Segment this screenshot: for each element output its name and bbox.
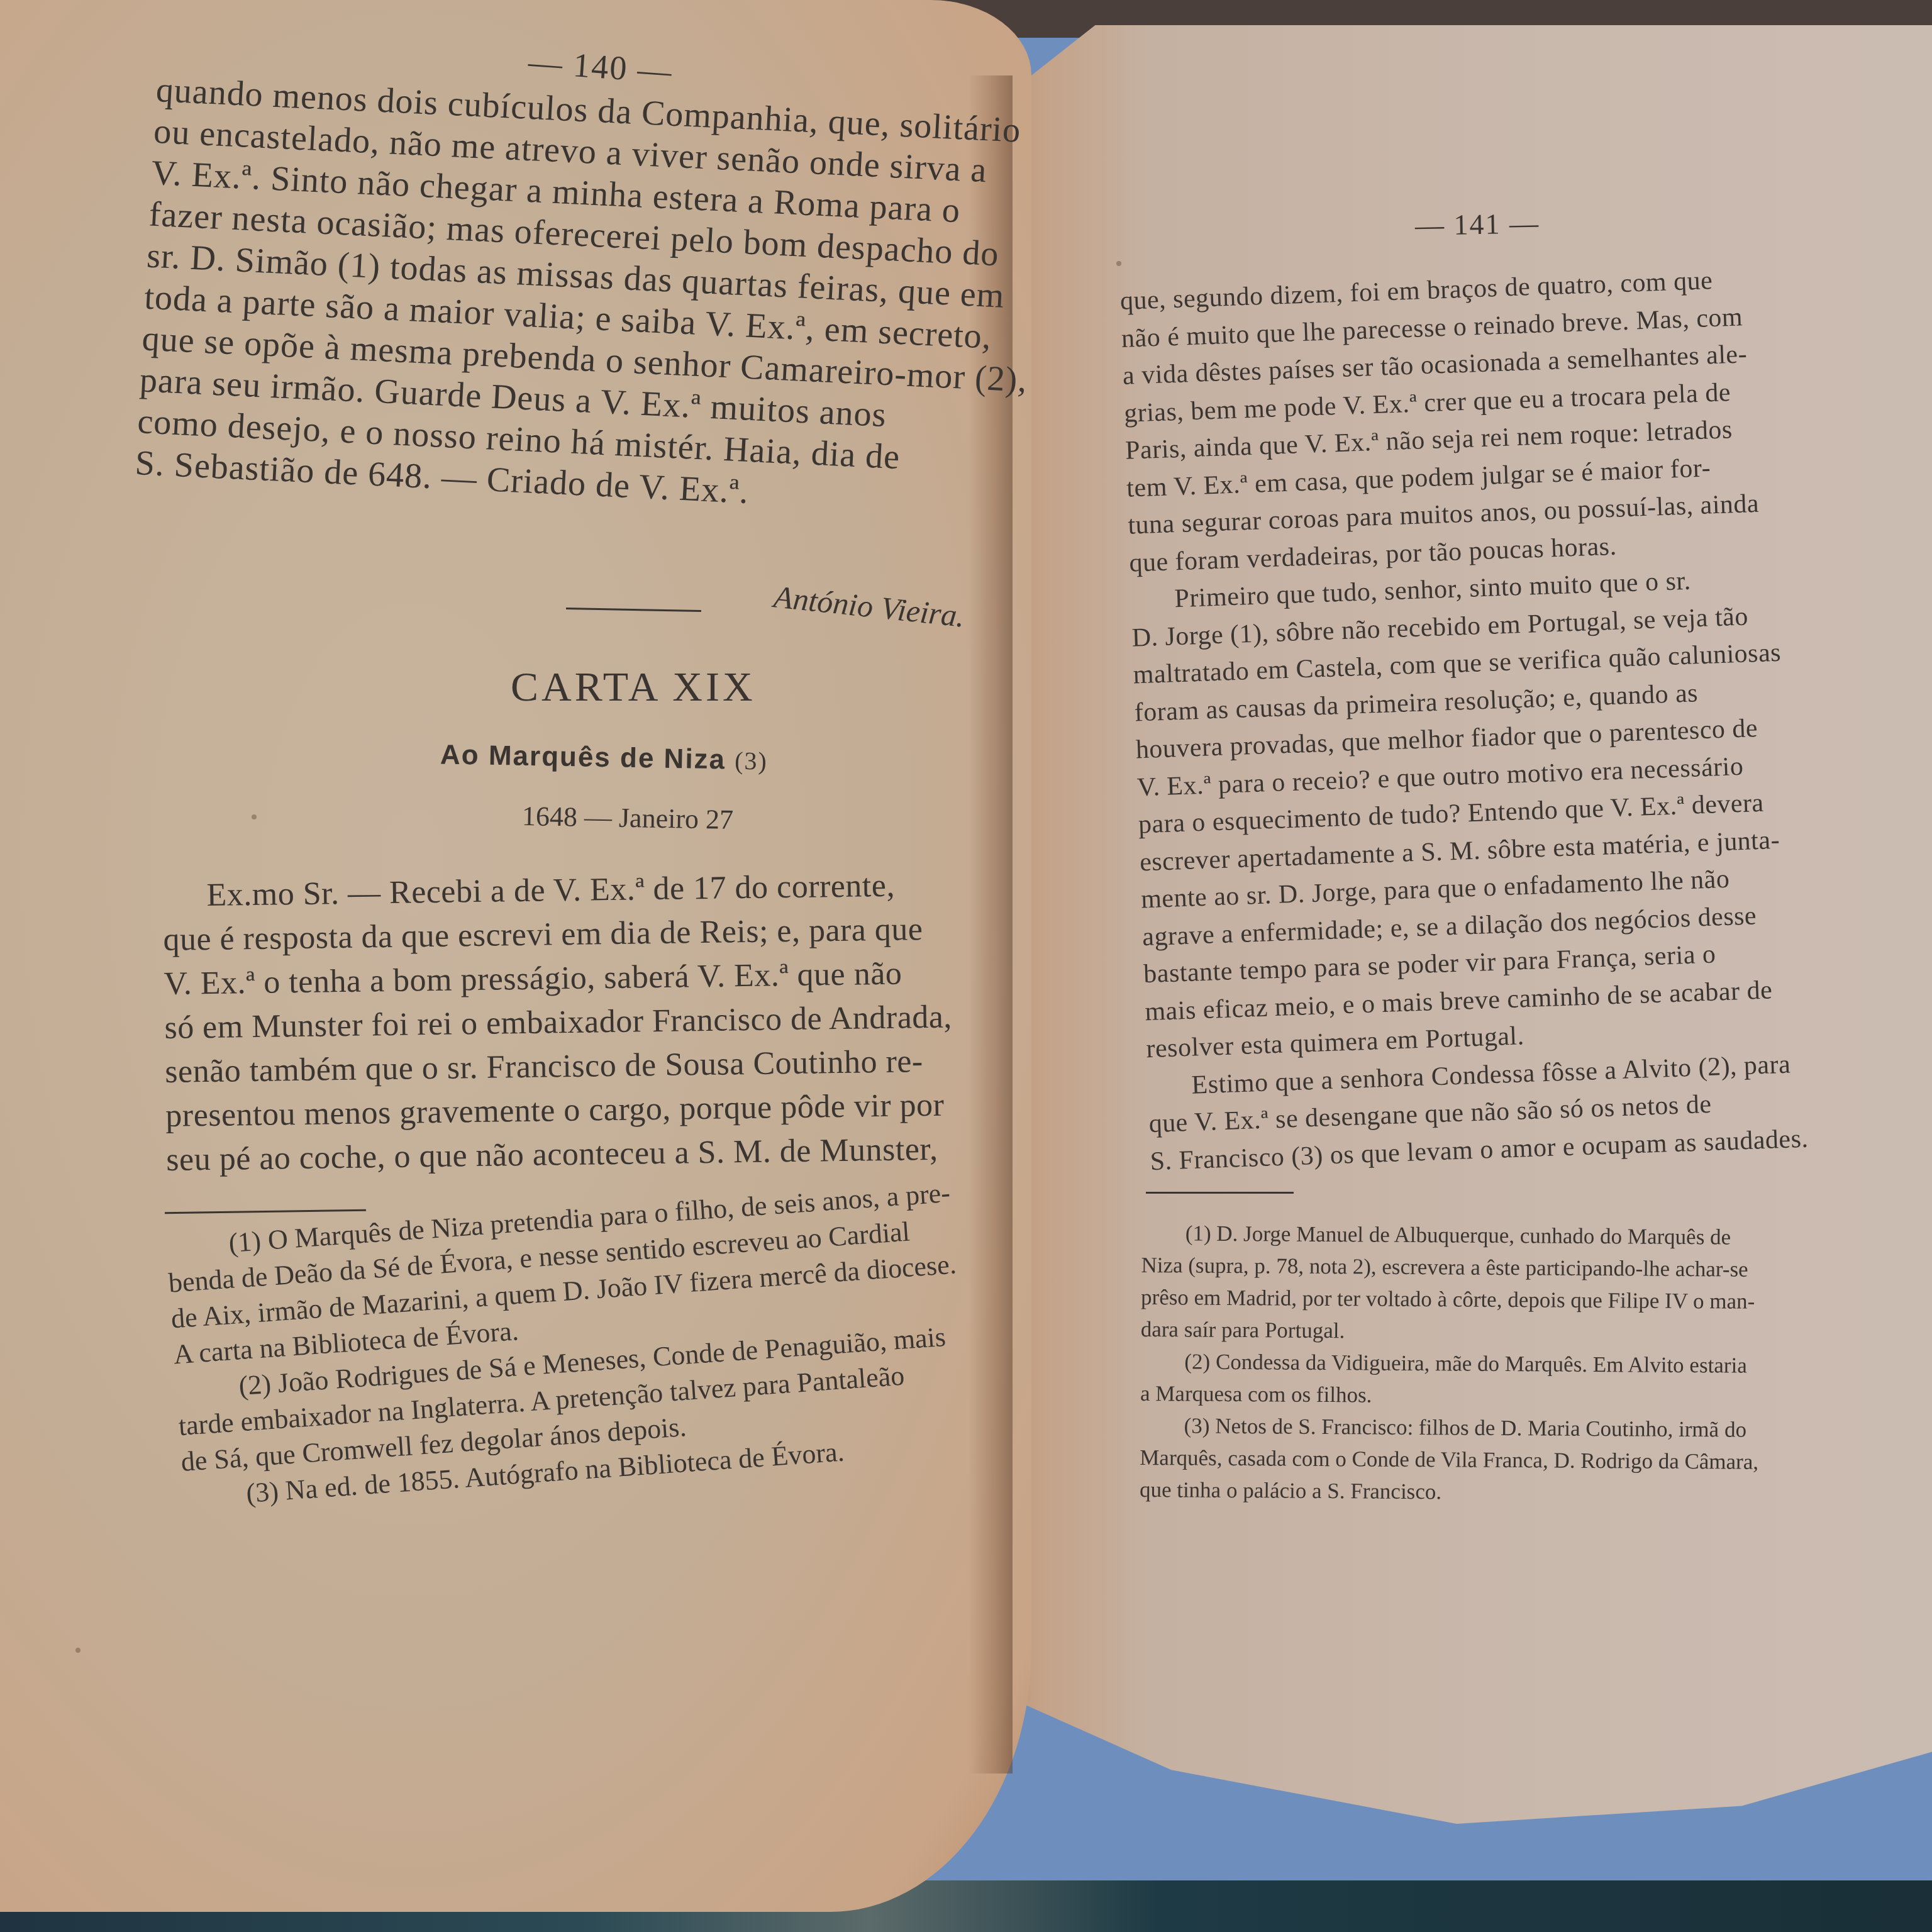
footnote-line: a Marquesa com os filhos. xyxy=(1140,1377,1759,1414)
footnote-ref: (3) xyxy=(735,747,768,775)
letter-body-text: Ex.mo Sr. — Recebi a de V. Ex.ª de 17 do… xyxy=(162,863,954,1182)
footnote-line: que tinha o palácio a S. Francisco. xyxy=(1140,1474,1758,1510)
footnote-line: (1) D. Jorge Manuel de Albuquerque, cunh… xyxy=(1141,1217,1760,1253)
paper-speck xyxy=(75,1648,80,1653)
paper-speck xyxy=(1116,261,1121,266)
left-footnotes: (1) O Marquês de Niza pretendia para o f… xyxy=(165,1175,970,1516)
page-number-right: — 141 — xyxy=(1415,206,1540,241)
paper-speck xyxy=(252,814,257,819)
footnote-rule xyxy=(1146,1192,1294,1194)
letter-date: 1648 — Janeiro 27 xyxy=(522,800,734,836)
right-body-text: que, segundo dizem, foi em braços de qua… xyxy=(1119,260,1809,1180)
recipient-name: Ao Marquês de Niza xyxy=(440,739,726,775)
letter-recipient: Ao Marquês de Niza (3) xyxy=(440,739,769,776)
footnote-line: prêso em Madrid, por ter voltado à côrte… xyxy=(1141,1281,1760,1318)
footnote-line: (3) Netos de S. Francisco: filhos de D. … xyxy=(1140,1409,1759,1446)
footnote-line: dara saír para Portugal. xyxy=(1141,1313,1760,1350)
left-continuation-text: quando menos dois cubículos da Companhia… xyxy=(134,69,961,521)
footnote-line: (2) Condessa da Vidigueira, mãe do Marqu… xyxy=(1140,1345,1759,1382)
right-footnotes: (1) D. Jorge Manuel de Albuquerque, cunh… xyxy=(1140,1217,1760,1510)
footnote-line: Niza (supra, p. 78, nota 2), escrevera a… xyxy=(1141,1249,1760,1285)
letter-title: CARTA XIX xyxy=(511,663,756,711)
footnote-line: Marquês, casada com o Conde de Vila Fran… xyxy=(1140,1441,1758,1478)
